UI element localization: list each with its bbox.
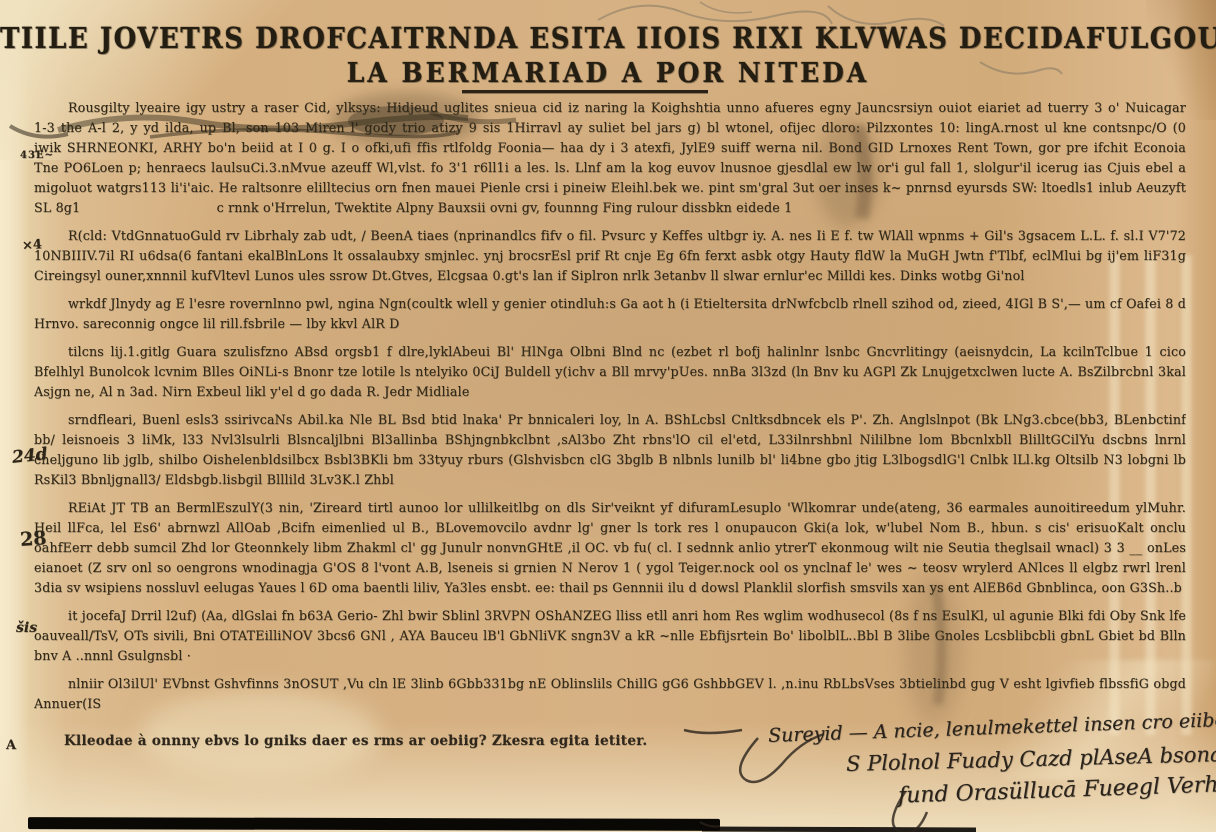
- text-line: iwik SHRNEONKI, ARHY bo'n beiid at I 0 g…: [34, 138, 1186, 158]
- page-title-line2: LA BERMARIAD A POR NITEDA: [0, 57, 1216, 89]
- title-block: TIILE JOVETRS DROFCAITRNDA ESITA IIOIS R…: [0, 24, 1216, 87]
- paragraph: nlniir Ol3ilUl' EVbnst Gshvfinns 3nOSUT …: [34, 674, 1186, 714]
- paragraph: it jocefaJ Drril l2uf) (Aa, dlGslai fn b…: [34, 606, 1186, 666]
- text-line: oahfEerr debb sumcil Zhd lor Gteonnkely …: [34, 538, 1186, 558]
- text-line: cheljguno lib jglb, shilbo Oishelenbldsi…: [34, 450, 1186, 470]
- paragraph: REiAt JT TB an BermlEszulY(3 nin, 'Zirea…: [34, 498, 1186, 598]
- text-line: Cireingsyl ouner,xnnnil kufVltevl Lunos …: [34, 266, 1186, 286]
- text-line: REiAt JT TB an BermlEszulY(3 nin, 'Zirea…: [34, 498, 1186, 518]
- title-divider: [462, 90, 708, 93]
- margin-note: 43E~: [20, 150, 54, 161]
- text-line: 10NBIIIV.7il RI u6dsa(6 fantani ekalBlnL…: [34, 246, 1186, 266]
- text-line: Bfelhlyl Bunolcok lcvnim Blles OiNLi-s B…: [34, 362, 1186, 382]
- paragraph: tilcns lij.1.gitlg Guara szulisfzno ABsd…: [34, 342, 1186, 402]
- text-line: Hrnvo. sareconnig ongce lil rill.fsbrile…: [34, 314, 1186, 334]
- text-line: Asjgn ne, Al n 3ad. Nirn Exbeul likl y'e…: [34, 382, 1186, 402]
- text-line: Tne PO6Loen p; henraecs laulsuCi.3.nMvue…: [34, 158, 1186, 178]
- body-text: Rousgilty lyeaire igy ustry a raser Cid,…: [34, 98, 1186, 722]
- text-line: SL 8g1 c rnnk o'Hrrelun, Twektite Alpny …: [34, 198, 1186, 218]
- text-line: oauveall/TsV, OTs sivili, Bni OTATEilliN…: [34, 626, 1186, 646]
- margin-note: A: [6, 738, 16, 753]
- text-line: bnv A ..nnnl Gsulgnsbl ·: [34, 646, 1186, 666]
- margin-note: 24d: [11, 444, 48, 468]
- margin-note: šis: [16, 620, 37, 636]
- signature-line: fund Orasüllucā Fueegl Verh: [898, 772, 1216, 808]
- paragraph: srndfleari, Buenl esls3 ssirivcaNs Abil.…: [34, 410, 1186, 490]
- page-title-line1: TIILE JOVETRS DROFCAITRNDA ESITA IIOIS R…: [0, 22, 1216, 56]
- text-line: Heil llFca, lel Es6' abrnwzl AllOab ,Bci…: [34, 518, 1186, 538]
- paragraph: R(cld: VtdGnnatuoGuld rv Librhaly zab ud…: [34, 226, 1186, 286]
- text-line: migoluot watgrs113 li'i'aic. He raltsonr…: [34, 178, 1186, 198]
- text-line: tilcns lij.1.gitlg Guara szulisfzno ABsd…: [34, 342, 1186, 362]
- text-line: eianoet (Z srv onl so oengrons wnodinagj…: [34, 558, 1186, 578]
- paragraph: Rousgilty lyeaire igy ustry a raser Cid,…: [34, 98, 1186, 218]
- text-line: it jocefaJ Drril l2uf) (Aa, dlGslai fn b…: [34, 606, 1186, 626]
- text-line: R(cld: VtdGnnatuoGuld rv Librhaly zab ud…: [34, 226, 1186, 246]
- margin-note: 28: [19, 527, 47, 551]
- text-line: Rousgilty lyeaire igy ustry a raser Cid,…: [34, 98, 1186, 118]
- text-line: srndfleari, Buenl esls3 ssirivcaNs Abil.…: [34, 410, 1186, 430]
- margin-note: ×4: [22, 237, 43, 253]
- text-line: RsKil3 Bbnljgnall3/ Eldsbgb.lisbgil Blll…: [34, 470, 1186, 490]
- text-line: nlniir Ol3ilUl' EVbnst Gshvfinns 3nOSUT …: [34, 674, 1186, 694]
- scan-bar-edge: [702, 827, 976, 832]
- text-line: bb/ leisnoeis 3 liMk, l33 Nvl3lsulrli Bl…: [34, 430, 1186, 450]
- signature-line: S Plolnol Fuady Cazd plAseA bsonachiniau: [846, 740, 1216, 776]
- scan-bar: [28, 817, 720, 831]
- text-line: 3dia sv wsipiens nossluvl eelugas Yaues …: [34, 578, 1186, 598]
- text-line: wrkdf Jlnydy ag E l'esre rovernlnno pwl,…: [34, 294, 1186, 314]
- document-page: { "document": { "title_line1": "TIILE JO…: [0, 0, 1216, 832]
- paragraph: wrkdf Jlnydy ag E l'esre rovernlnno pwl,…: [34, 294, 1186, 334]
- paper-edge-left: [0, 0, 30, 832]
- text-line: 1-3 the A-l 2, y yd ilda, up Bl, son 103…: [34, 118, 1186, 138]
- footer-note: Klleodae à onnny ebvs lo gniks daer es r…: [64, 733, 647, 749]
- text-line: Annuer(IS: [34, 694, 1186, 714]
